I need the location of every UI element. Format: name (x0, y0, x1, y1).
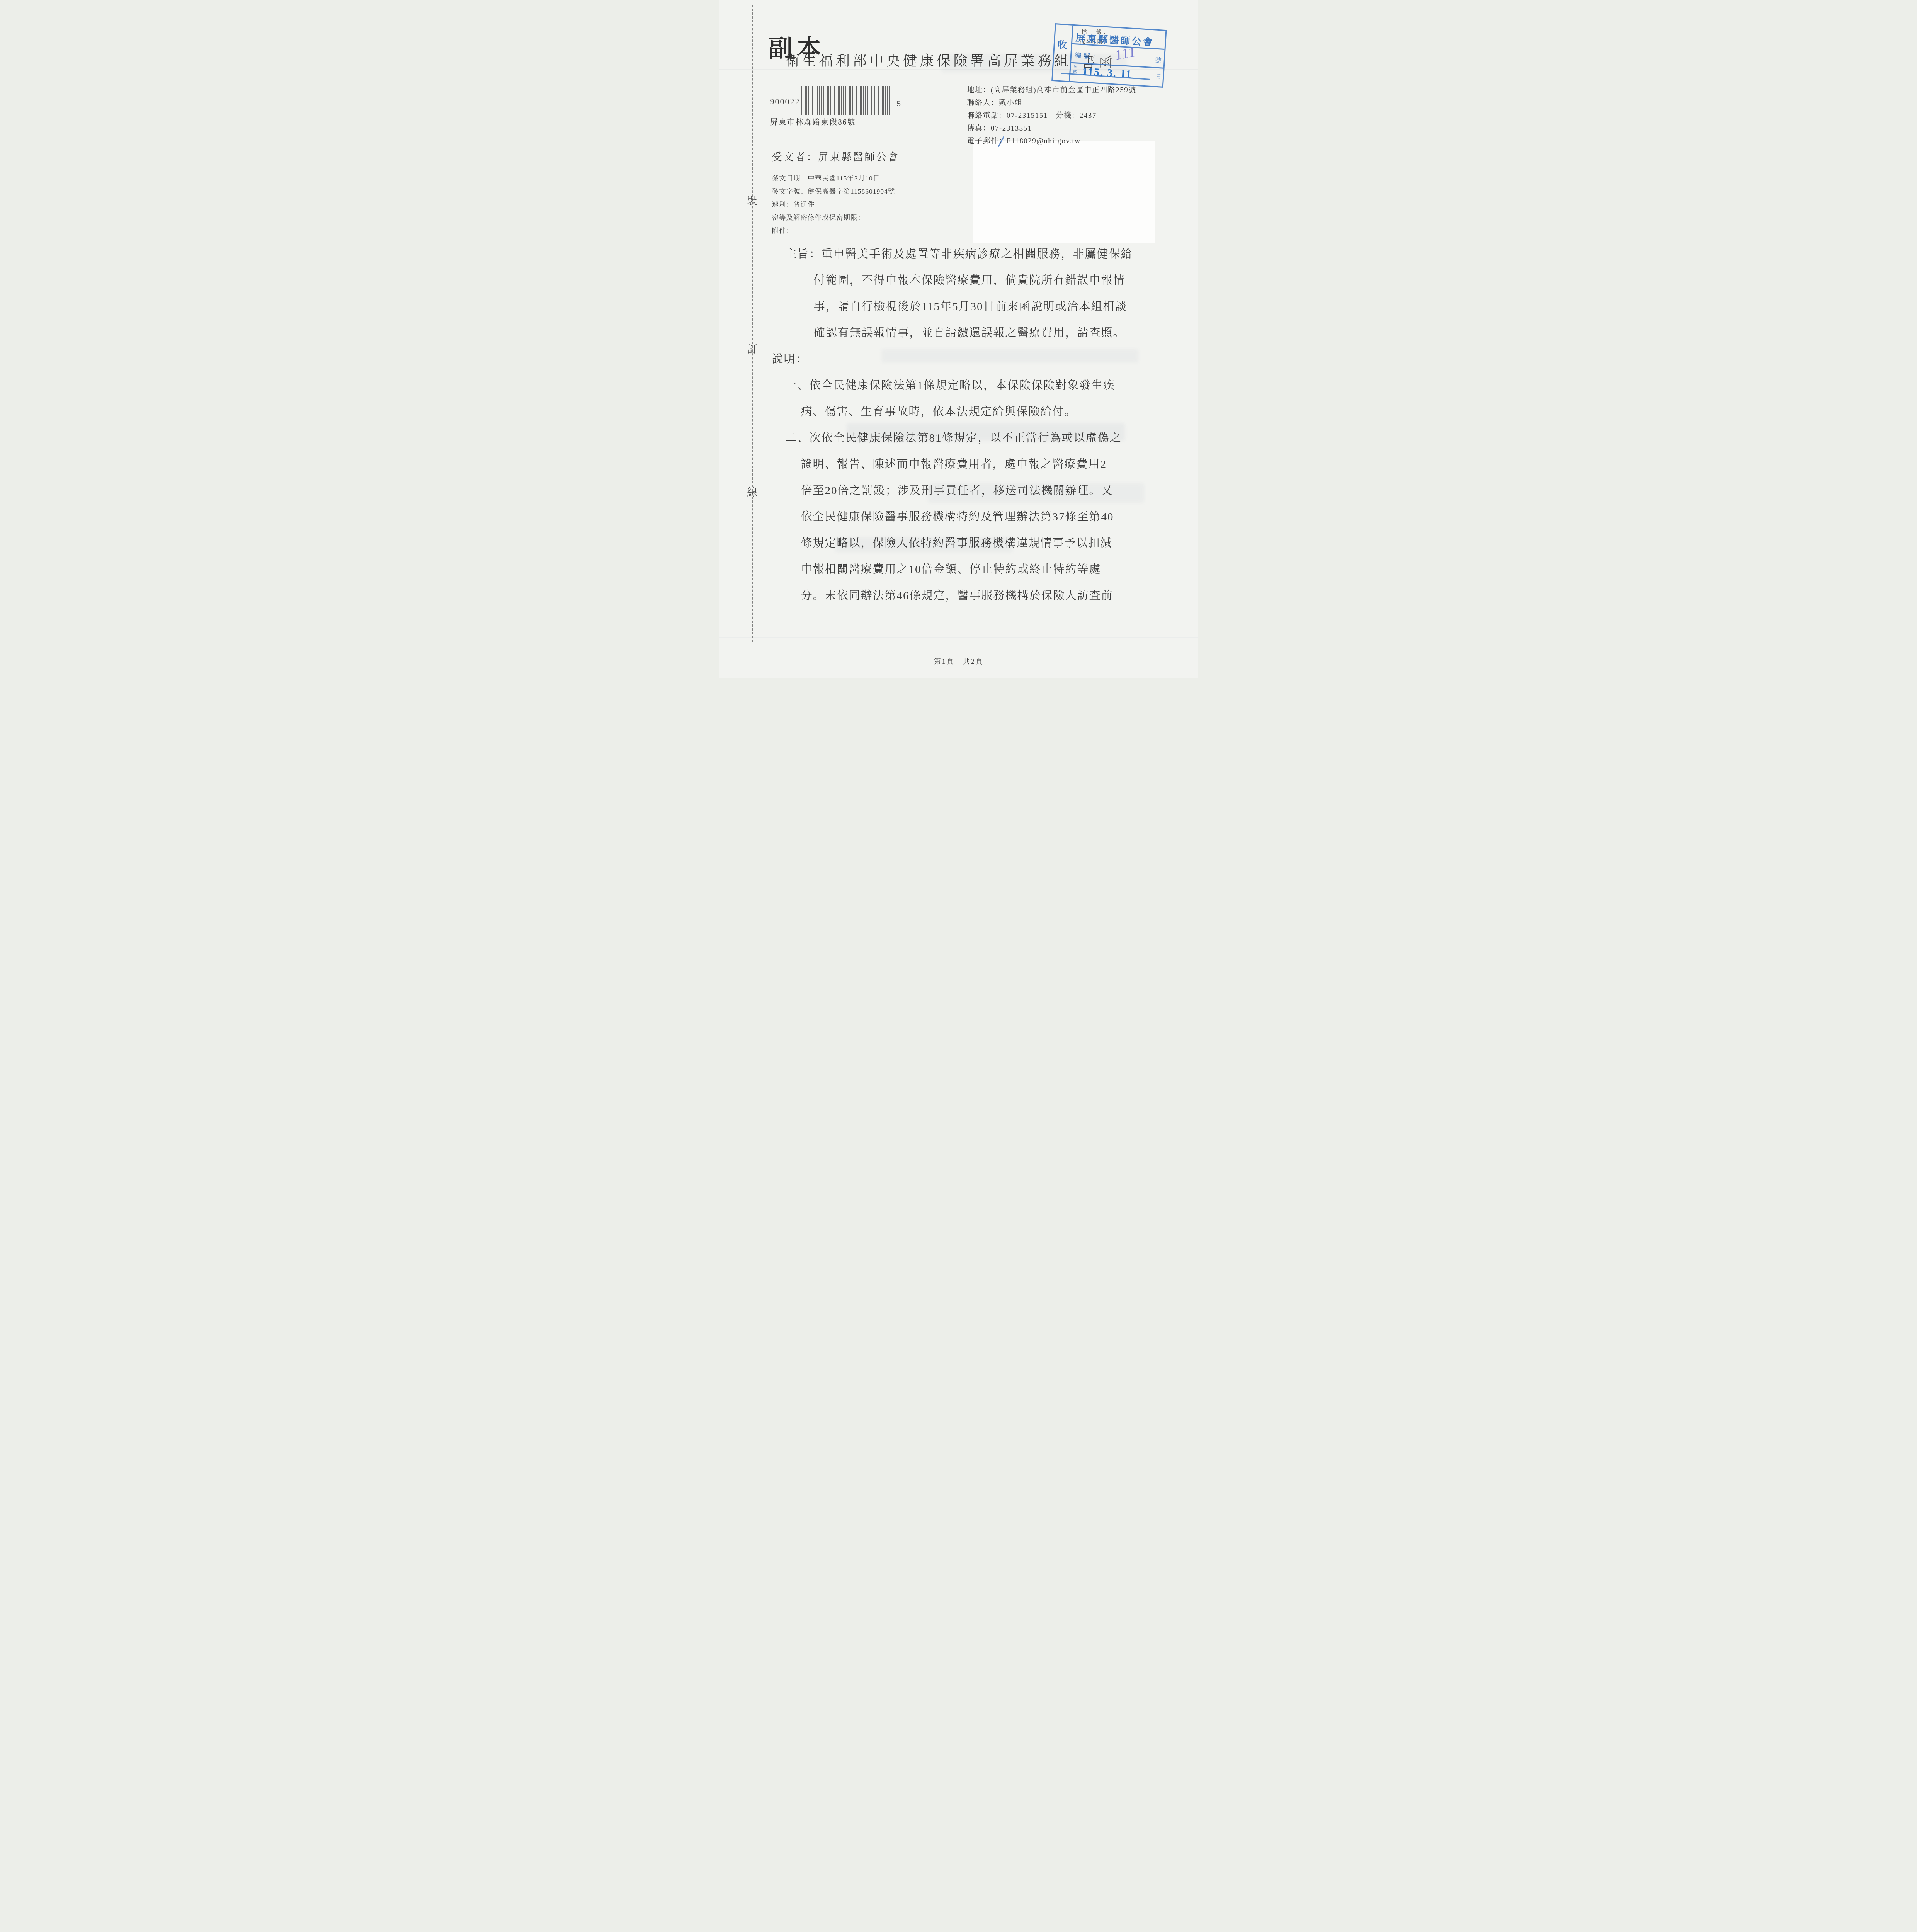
zip-code: 900022 (770, 97, 800, 107)
subject-line-1: 主旨：重申醫美手術及處置等非疾病診療之相關服務，非屬健保給 (786, 245, 1133, 261)
barcode (801, 86, 893, 115)
binding-mark-ding: 訂 (743, 341, 762, 356)
meta-issue-date: 發文日期：中華民國115年3月10日 (772, 173, 880, 183)
stamp-era-label: 民國 (1072, 64, 1078, 75)
meta-doc-number: 發文字號：健保高醫字第1158601904號 (772, 186, 895, 196)
explanation-item2-line-7: 分。末依同辦法第46條規定，醫事服務機構於保險人訪查前 (801, 587, 1113, 603)
recipient-line: 受文者：屏東縣醫師公會 (772, 149, 900, 163)
stamp-serial-handwritten-value: 111 (1114, 43, 1137, 63)
sender-address: 地址：(高屏業務組)高雄市前金區中正四路259號 (967, 84, 1136, 95)
receipt-stamp: 收 屏東縣醫師公會 編號： 111 號 民國 115. 3. 11 日 (1051, 23, 1167, 88)
binding-mark-zhuang: 裝 (743, 192, 762, 207)
stamp-date-unit: 日 (1155, 72, 1161, 81)
document-title: 衛生福利部中央健康保險署高屏業務組 (786, 50, 1072, 70)
sender-email: 電子郵件：F118029@nhi.gov.tw (967, 135, 1081, 146)
explanation-item2-line-3: 倍至20倍之罰鍰；涉及刑事責任者，移送司法機關辦理。又 (801, 482, 1113, 498)
explanation-item2-line-5: 條規定略以，保險人依特約醫事服務機構違規情事予以扣減 (801, 534, 1112, 550)
binding-mark-xian: 線 (743, 484, 762, 499)
subject-line-3: 事，請自行檢視後於115年5月30日前來函說明或洽本組相談 (814, 298, 1127, 314)
scanned-official-letter-page: 裝 訂 線 副本 衛生福利部中央健康保險署高屏業務組 書函 檔 號： 保存年限：… (719, 0, 1198, 678)
sender-contact: 聯絡人：戴小姐 (967, 97, 1023, 107)
sender-phone: 聯絡電話：07-2315151 分機：2437 (967, 110, 1097, 120)
stamp-date-value: 115. 3. 11 (1082, 65, 1132, 81)
page-footer: 第1頁 共2頁 (934, 656, 984, 666)
explanation-item2-line-2: 證明、報告、陳述而申報醫療費用者，處申報之醫療費用2 (801, 456, 1107, 471)
receipt-stamp-frame: 收 屏東縣醫師公會 編號： 111 號 民國 115. 3. 11 日 (1051, 23, 1167, 88)
binding-dashed-line (752, 5, 753, 642)
scan-artifact-line (719, 637, 1198, 638)
explanation-item2-line-6: 申報相關醫療費用之10倍金額、停止特約或終止特約等處 (801, 561, 1101, 577)
stamp-serial-unit: 號 (1155, 55, 1162, 65)
stamp-receive-label: 收 (1057, 37, 1067, 51)
explanation-item2-line-1: 二、次依全民健康保險法第81條規定，以不正當行為或以虛偽之 (786, 429, 1122, 445)
scan-artifact-line (719, 614, 1198, 614)
explanation-item1-line-1: 一、依全民健康保險法第1條規定略以，本保險保險對象發生疾 (786, 377, 1116, 393)
whiteout-patch (973, 141, 1155, 243)
meta-security-class: 密等及解密條件或保密期限： (772, 213, 865, 222)
bleed-through-smudge (881, 349, 1138, 363)
subject-line-2: 付範圍，不得申報本保險醫療費用，倘貴院所有錯誤申報情 (814, 272, 1125, 287)
explanation-heading: 說明： (772, 350, 808, 366)
explanation-item1-line-2: 病、傷害、生育事故時，依本法規定給與保險給付。 (801, 403, 1077, 419)
stamp-serial-label: 編號： (1074, 50, 1101, 61)
meta-speed-class: 速別：普通件 (772, 199, 815, 209)
recipient-street-address: 屏東市林森路東段86號 (770, 116, 856, 127)
meta-attachment: 附件： (772, 226, 794, 235)
subject-line-4: 確認有無誤報情事，並自請繳還誤報之醫療費用，請查照。 (814, 324, 1125, 340)
explanation-item2-line-4: 依全民健康保險醫事服務機構特約及管理辦法第37條至第40 (801, 508, 1114, 524)
barcode-check-digit: 5 (897, 99, 901, 109)
sender-fax: 傳真：07-2313351 (967, 122, 1032, 133)
